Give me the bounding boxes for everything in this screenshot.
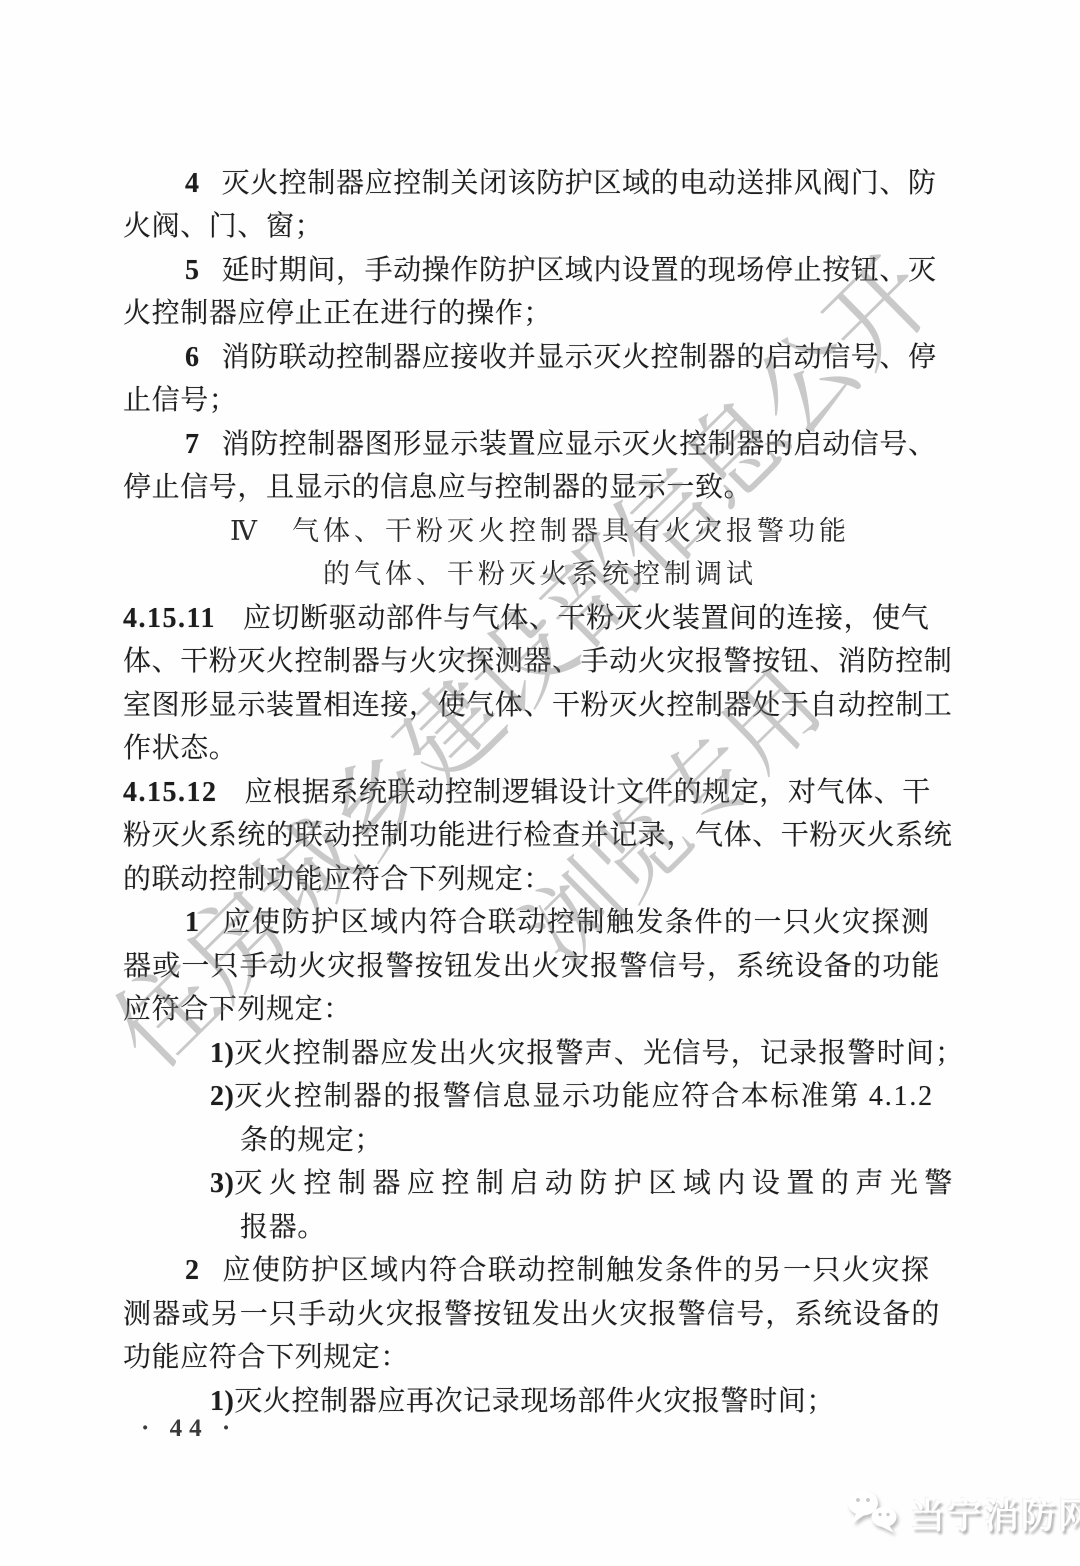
scanned-standard-page: { "watermark": { "line1": "住房城乡建设部信息公开",… xyxy=(0,0,1080,1566)
text-line: 1)灭火控制器应再次记录现场部件火灾报警时间； xyxy=(210,1386,835,1417)
text-line: 6消防联动控制器应接收并显示灭火控制器的启动信号、停 xyxy=(185,342,937,373)
item-number: 5 xyxy=(185,255,200,286)
section-heading: 的气体、干粉灭火系统控制调试 xyxy=(0,559,1080,590)
text-line: 5延时期间，手动操作防护区域内设置的现场停止按钮、灭 xyxy=(185,255,937,286)
line-text: 应切断驱动部件与气体、干粉灭火装置间的连接，使气 xyxy=(243,603,929,634)
section-heading: Ⅳ 气体、干粉灭火控制器具有火灾报警功能 xyxy=(0,516,1080,547)
subitem-number: 3) xyxy=(210,1168,234,1199)
text-line: 2应使防护区域内符合联动控制触发条件的另一只火灾探 xyxy=(185,1255,931,1286)
line-text: 应使防护区域内符合联动控制触发条件的一只火灾探测 xyxy=(223,907,931,938)
line-text: 消防控制器图形显示装置应显示灭火控制器的启动信号、 xyxy=(222,429,937,460)
text-line: 止信号； xyxy=(123,385,237,416)
text-line: 4.15.11应切断驱动部件与气体、干粉灭火装置间的连接，使气 xyxy=(123,603,929,634)
text-line: 室图形显示装置相连接，使气体、干粉灭火控制器处于自动控制工 xyxy=(123,690,952,721)
line-text: 消防联动控制器应接收并显示灭火控制器的启动信号、停 xyxy=(222,342,937,373)
text-line: 3)灭火控制器应控制启动防护区域内设置的声光警 xyxy=(210,1168,959,1199)
site-logo: 当宁消防网 xyxy=(844,1488,1080,1540)
text-line: 作状态。 xyxy=(123,733,237,764)
text-line: 报器。 xyxy=(240,1212,326,1243)
text-line: 体、干粉灭火控制器与火灾探测器、手动火灾报警按钮、消防控制 xyxy=(123,646,952,677)
line-text: 灭火控制器应控制关闭该防护区域的电动送排风阀门、防 xyxy=(222,168,937,199)
text-line: 7消防控制器图形显示装置应显示灭火控制器的启动信号、 xyxy=(185,429,937,460)
text-line: 粉灭火系统的联动控制功能进行检查并记录，气体、干粉灭火系统 xyxy=(123,820,952,851)
text-line: 器或一只手动火灾报警按钮发出火灾报警信号，系统设备的功能 xyxy=(123,951,941,982)
text-line: 1应使防护区域内符合联动控制触发条件的一只火灾探测 xyxy=(185,907,931,938)
subitem-number: 2) xyxy=(210,1081,234,1112)
item-number: 1 xyxy=(185,907,201,938)
line-text: 应根据系统联动控制逻辑设计文件的规定，对气体、干 xyxy=(245,777,931,808)
text-line: 应符合下列规定： xyxy=(123,994,352,1025)
line-text: 灭火控制器应再次记录现场部件火灾报警时间； xyxy=(234,1386,835,1417)
line-text: 灭火控制器的报警信息显示功能应符合本标准第 4.1.2 xyxy=(234,1081,934,1112)
page-number: · 44 · xyxy=(141,1415,237,1443)
line-text: 灭火控制器应发出火灾报警声、光信号，记录报警时间； xyxy=(234,1038,964,1069)
text-line: 2)灭火控制器的报警信息显示功能应符合本标准第 4.1.2 xyxy=(210,1081,934,1112)
line-text: 应使防护区域内符合联动控制触发条件的另一只火灾探 xyxy=(223,1255,931,1286)
line-text: 灭火控制器应控制启动防护区域内设置的声光警 xyxy=(234,1168,959,1199)
item-number: 2 xyxy=(185,1255,201,1286)
text-line: 停止信号，且显示的信息应与控制器的显示一致。 xyxy=(123,472,752,503)
text-line: 条的规定； xyxy=(240,1125,383,1156)
wechat-chat-bubbles-icon xyxy=(844,1487,902,1542)
text-line: 4.15.12应根据系统联动控制逻辑设计文件的规定，对气体、干 xyxy=(123,777,931,808)
text-line: 1)灭火控制器应发出火灾报警声、光信号，记录报警时间； xyxy=(210,1038,964,1069)
text-line: 的联动控制功能应符合下列规定： xyxy=(123,864,552,895)
subitem-number: 1) xyxy=(210,1038,234,1069)
text-line: 4灭火控制器应控制关闭该防护区域的电动送排风阀门、防 xyxy=(185,168,937,199)
item-number: 7 xyxy=(185,429,200,460)
article-number: 4.15.12 xyxy=(123,777,218,808)
text-line: 功能应符合下列规定： xyxy=(123,1342,409,1373)
line-text: 延时期间，手动操作防护区域内设置的现场停止按钮、灭 xyxy=(222,255,937,286)
article-number: 4.15.11 xyxy=(123,603,216,634)
site-logo-text: 当宁消防网 xyxy=(910,1489,1080,1539)
text-line: 火控制器应停止正在进行的操作； xyxy=(123,298,552,329)
item-number: 6 xyxy=(185,342,200,373)
subitem-number: 1) xyxy=(210,1386,234,1417)
text-line: 火阀、门、窗； xyxy=(123,211,323,242)
item-number: 4 xyxy=(185,168,200,199)
text-line: 测器或另一只手动火灾报警按钮发出火灾报警信号，系统设备的 xyxy=(123,1299,941,1330)
